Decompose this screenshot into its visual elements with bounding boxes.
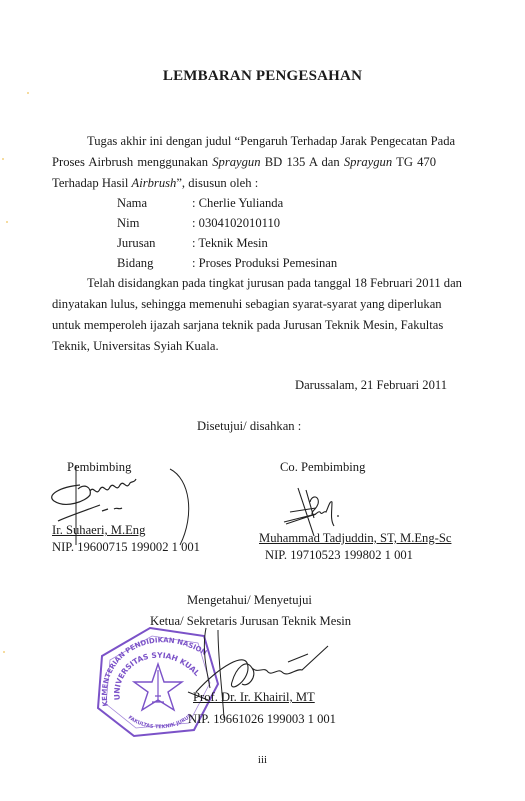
body-line-1: Telah disidangkan pada tingkat jurusan p… [87, 276, 436, 291]
scan-speck [2, 158, 4, 160]
place-date: Darussalam, 21 Februari 2011 [295, 378, 447, 393]
page-title: LEMBARAN PENGESAHAN [0, 68, 525, 85]
intro-text: Tugas akhir ini dengan judul “Pengaruh T… [87, 134, 455, 148]
field-label-nim: Nim [117, 216, 139, 231]
page-number: iii [0, 754, 525, 766]
document-page: LEMBARAN PENGESAHAN Tugas akhir ini deng… [0, 0, 525, 801]
field-value-nama: : Cherlie Yulianda [192, 196, 283, 211]
intro-italic: Spraygun [212, 155, 260, 169]
co-supervisor-nip: NIP. 19710523 199802 1 001 [265, 548, 413, 563]
intro-text: BD 135 A dan [261, 155, 344, 169]
intro-line-3: Terhadap Hasil Airbrush”, disusun oleh : [52, 176, 436, 191]
scan-speck [27, 92, 29, 94]
head-of-department-nip: NIP. 19661026 199003 1 001 [188, 712, 336, 727]
intro-text: Terhadap Hasil [52, 176, 132, 190]
body-line-4: Teknik, Universitas Syiah Kuala. [52, 339, 436, 354]
approved-label: Disetujui/ disahkan : [197, 419, 301, 434]
field-value-bidang: : Proses Produksi Pemesinan [192, 256, 337, 271]
intro-line-1: Tugas akhir ini dengan judul “Pengaruh T… [87, 134, 436, 149]
body-line-3: untuk memperoleh ijazah sarjana teknik p… [52, 318, 436, 333]
intro-text: ”, disusun oleh : [176, 176, 258, 190]
acknowledge-label: Mengetahui/ Menyetujui [187, 593, 312, 608]
co-supervisor-name: Muhammad Tadjuddin, ST, M.Eng-Sc [259, 531, 451, 546]
intro-italic: Spraygun [344, 155, 392, 169]
head-of-department-signature [188, 628, 338, 720]
field-value-jurusan: : Teknik Mesin [192, 236, 268, 251]
co-supervisor-role: Co. Pembimbing [280, 460, 365, 475]
body-line-2: dinyatakan lulus, sehingga memenuhi seba… [52, 297, 436, 312]
intro-italic: Airbrush [132, 176, 177, 190]
scan-speck [6, 221, 8, 223]
scan-speck [3, 651, 5, 653]
head-of-department-name: Prof. Dr. Ir. Khairil, MT [193, 690, 315, 705]
field-label-nama: Nama [117, 196, 147, 211]
intro-line-2: Proses Airbrush menggunakan Spraygun BD … [52, 155, 436, 170]
field-label-jurusan: Jurusan [117, 236, 155, 251]
field-label-bidang: Bidang [117, 256, 153, 271]
field-value-nim: : 0304102010110 [192, 216, 280, 231]
supervisor-nip: NIP. 19600715 199002 1 001 [52, 540, 200, 555]
intro-text: Proses Airbrush menggunakan [52, 155, 212, 169]
intro-text: TG 470 [392, 155, 436, 169]
supervisor-name: Ir. Suhaeri, M.Eng [52, 523, 145, 538]
